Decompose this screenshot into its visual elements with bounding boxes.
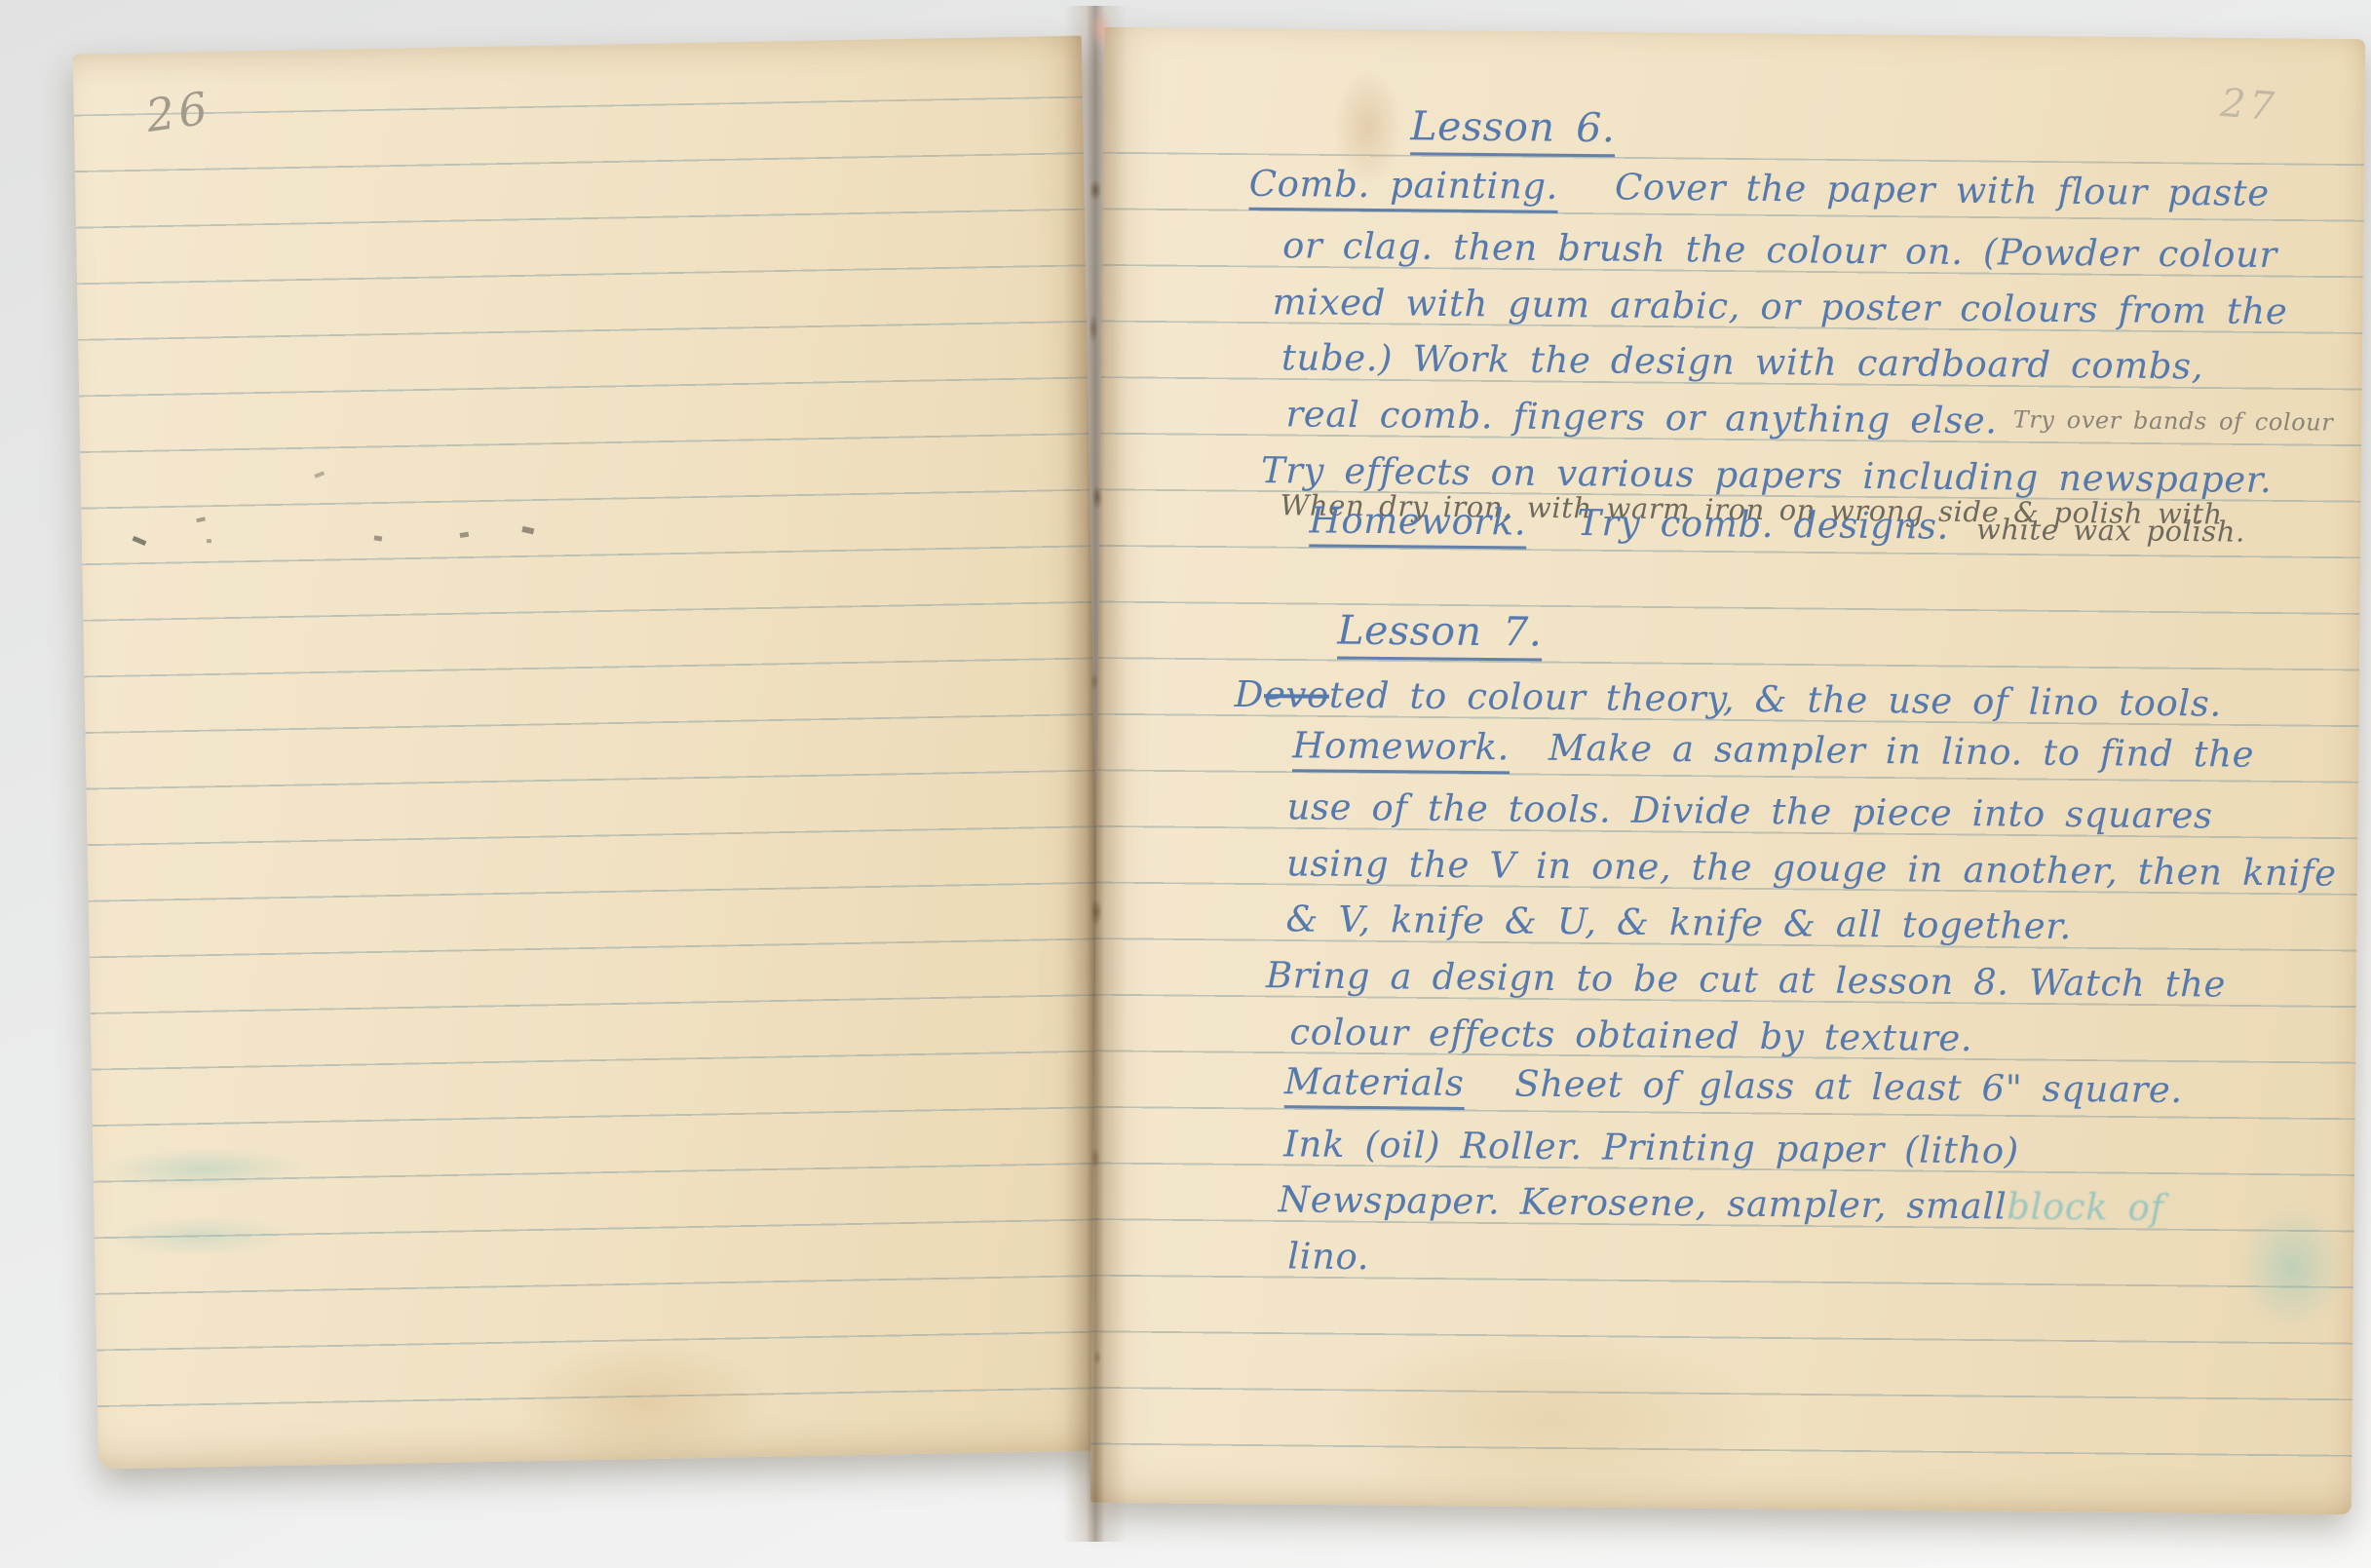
handwritten-line: Bring a design to be cut at lesson 8. Wa… xyxy=(1266,954,2226,1005)
handwriting-segment: block of xyxy=(2007,1186,2164,1230)
handwriting-segment: Materials xyxy=(1284,1060,1465,1110)
pencil-smudge xyxy=(374,535,383,541)
handwriting-segment: Sheet of glass at least 6" square. xyxy=(1514,1063,2183,1112)
ruled-lines-left xyxy=(74,96,1106,1426)
handwritten-heading: Lesson 7. xyxy=(1337,607,1543,662)
handwritten-line: or clag. then brush the colour on. (Powd… xyxy=(1282,224,2277,276)
handwriting-segment: D xyxy=(1235,673,1265,715)
right-page-writing: Lesson 6.Comb. painting.Cover the paper … xyxy=(1090,27,2365,1514)
handwriting-segment: Homework. xyxy=(1309,500,1526,550)
handwriting-segment: Bring a design to be cut at lesson 8. Wa… xyxy=(1266,954,2226,1005)
handwritten-line: using the V in one, the gouge in another… xyxy=(1286,842,2337,894)
notebook-photo: 26 27 Lesson 6.Comb. painting.Cover the … xyxy=(0,0,2371,1568)
handwritten-line: real comb. fingers or anything else.Try … xyxy=(1285,393,2333,444)
handwriting-segment: Homework. xyxy=(1292,724,1510,774)
handwriting-segment: lino. xyxy=(1287,1235,1369,1278)
handwritten-line: Homework.Make a sampler in lino. to find… xyxy=(1292,724,2254,781)
handwritten-line: mixed with gum arabic, or poster colours… xyxy=(1272,281,2287,332)
handwriting-segment: tube.) Work the design with cardboard co… xyxy=(1281,337,2203,388)
right-page: 27 Lesson 6.Comb. painting.Cover the pap… xyxy=(1090,27,2365,1514)
handwritten-line: lino. xyxy=(1287,1235,1369,1278)
page-number-left: 26 xyxy=(142,81,213,142)
handwriting-segment: white wax polish. xyxy=(1976,513,2245,549)
handwritten-line: Comb. painting.Cover the paper with flou… xyxy=(1249,162,2270,219)
handwritten-line: MaterialsSheet of glass at least 6" squa… xyxy=(1284,1060,2183,1117)
handwritten-line: tube.) Work the design with cardboard co… xyxy=(1281,337,2203,388)
handwritten-line: Newspaper. Kerosene, sampler, small bloc… xyxy=(1279,1179,2164,1230)
handwriting-segment: & V, knife & U, & knife & all together. xyxy=(1285,899,2072,948)
left-page: 26 xyxy=(73,36,1107,1470)
handwritten-line: use of the tools. Divide the piece into … xyxy=(1286,786,2212,837)
handwriting-segment: Make a sampler in lino. to find the xyxy=(1549,726,2255,775)
handwriting-segment: or clag. then brush the colour on. (Powd… xyxy=(1282,224,2277,276)
handwriting-segment: Newspaper. Kerosene, sampler, small xyxy=(1279,1179,2008,1228)
handwritten-line: Homework.Try comb. designs.white wax pol… xyxy=(1309,500,2245,556)
handwriting-segment: evo xyxy=(1264,673,1329,716)
handwriting-segment: Lesson 6. xyxy=(1410,102,1616,157)
handwritten-line: Ink (oil) Roller. Printing paper (litho) xyxy=(1283,1123,2019,1171)
handwriting-segment: Try comb. designs. xyxy=(1577,502,1949,548)
handwriting-segment: Ink (oil) Roller. Printing paper (litho) xyxy=(1283,1123,2019,1171)
handwriting-segment: real comb. fingers or anything else. xyxy=(1285,393,1998,441)
handwriting-segment: Lesson 7. xyxy=(1337,607,1543,662)
handwriting-segment: using the V in one, the gouge in another… xyxy=(1286,842,2337,894)
handwriting-segment: mixed with gum arabic, or poster colours… xyxy=(1272,281,2287,332)
handwriting-segment: Cover the paper with flour paste xyxy=(1615,166,2270,213)
handwritten-heading: Lesson 6. xyxy=(1410,102,1616,157)
pencil-smudge xyxy=(207,539,211,543)
handwritten-line: Devoted to colour theory, & the use of l… xyxy=(1235,673,2222,725)
handwriting-segment: ted to colour theory, & the use of lino … xyxy=(1329,674,2222,725)
handwritten-line: & V, knife & U, & knife & all together. xyxy=(1285,899,2072,948)
handwriting-segment: use of the tools. Divide the piece into … xyxy=(1286,786,2212,837)
handwritten-line: colour effects obtained by texture. xyxy=(1289,1011,1972,1059)
handwriting-segment: Try over bands of colour xyxy=(2013,406,2334,437)
handwriting-segment: Comb. painting. xyxy=(1249,162,1559,212)
handwriting-segment: colour effects obtained by texture. xyxy=(1289,1011,1972,1059)
